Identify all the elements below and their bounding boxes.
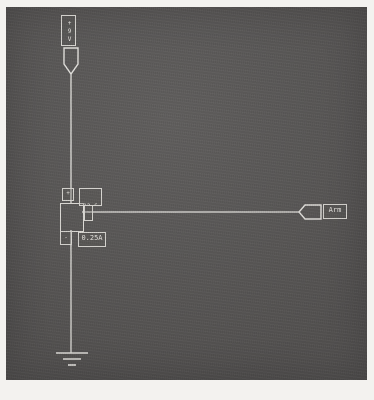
schematic-canvas[interactable]: +9V + ~ - 12.6 60Hz 0.25A Arm: [6, 7, 367, 380]
ground-symbol-icon[interactable]: [56, 353, 88, 365]
right-port-connector-icon[interactable]: [299, 205, 321, 219]
component-body[interactable]: [60, 203, 84, 232]
top-port-connector-icon[interactable]: [64, 48, 78, 74]
component-value-label[interactable]: 0.25A: [78, 232, 106, 247]
top-port-net-label[interactable]: +9V: [61, 15, 76, 46]
component-pin-right-label[interactable]: ~: [84, 205, 93, 221]
component-attr-label[interactable]: 12.6 60Hz: [79, 188, 102, 206]
component-pin-bottom-label[interactable]: -: [60, 231, 72, 245]
component-attr-line1: 12.6: [80, 203, 101, 206]
right-port-net-label[interactable]: Arm: [323, 204, 347, 219]
component-pin-top-label[interactable]: +: [62, 188, 74, 201]
schematic-wire-layer: [6, 7, 367, 380]
